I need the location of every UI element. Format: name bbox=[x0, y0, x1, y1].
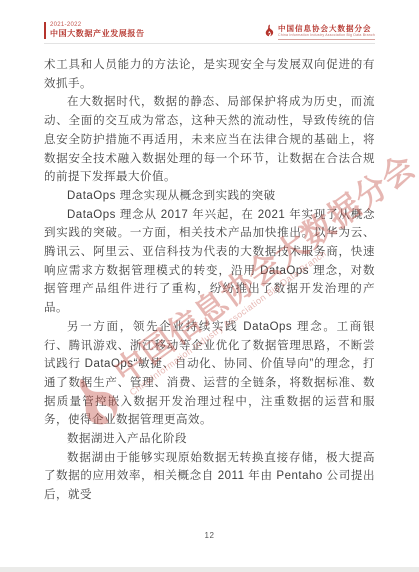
report-years: 2021-2022 bbox=[50, 22, 145, 29]
paragraph: 在大数据时代，数据的静态、局部保护将成为历史，而流动、全面的交互成为常态，这种天… bbox=[44, 93, 375, 187]
org-logo-block: 中国信息协会大数据分会 China Information Industry A… bbox=[264, 24, 375, 40]
org-name: 中国信息协会大数据分会 bbox=[278, 24, 375, 33]
document-body: 术工具和人员能力的方法论，是实现安全与发展双向促进的有效抓手。在大数据时代，数据… bbox=[44, 56, 375, 505]
paragraph: 另一方面，领先企业持续实践 DataOps 理念。工商银行、腾讯游戏、浙江移动等… bbox=[44, 318, 375, 430]
page-number: 12 bbox=[0, 531, 419, 540]
paragraph: 术工具和人员能力的方法论，是实现安全与发展双向促进的有效抓手。 bbox=[44, 56, 375, 93]
section-heading: DataOps 理念实现从概念到实践的突破 bbox=[44, 187, 375, 206]
report-title-block: 2021-2022 中国大数据产业发展报告 bbox=[44, 22, 145, 39]
document-page: 2021-2022 中国大数据产业发展报告 中国信息协会大数据分会 China … bbox=[0, 0, 419, 572]
paragraph: 数据湖由于能够实现原始数据无转换直接存储，极大提高了数据的应用效率，相关概念自 … bbox=[44, 449, 375, 505]
section-heading: 数据湖进入产品化阶段 bbox=[44, 430, 375, 449]
page-header: 2021-2022 中国大数据产业发展报告 中国信息协会大数据分会 China … bbox=[44, 22, 375, 42]
report-title: 中国大数据产业发展报告 bbox=[50, 29, 145, 39]
title-accent-bar bbox=[44, 22, 46, 39]
header-divider bbox=[44, 43, 375, 44]
paragraph: DataOps 理念从 2017 年兴起，在 2021 年实现了从概念到实践的突… bbox=[44, 206, 375, 318]
page-bottom-edge bbox=[0, 567, 419, 572]
org-logo-flame-icon bbox=[264, 24, 275, 37]
org-name-english: China Information Industry Association B… bbox=[278, 33, 375, 40]
